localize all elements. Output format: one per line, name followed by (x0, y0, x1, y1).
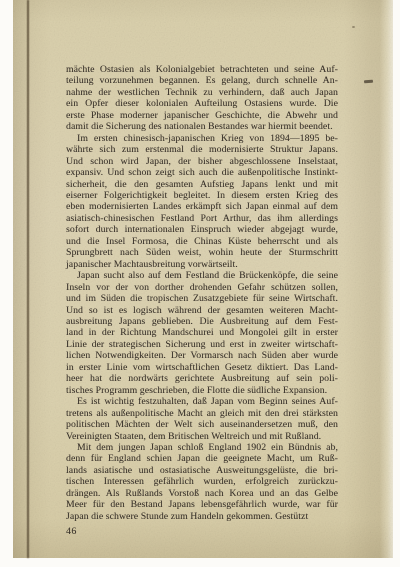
book-page-paper: mächte Ostasien als Kolonialgebiet betra… (13, 0, 393, 558)
page-number: 46 (66, 526, 77, 537)
text-line: ausbreitung Japans geblieben. Die Ausbre… (66, 316, 338, 327)
text-line: lands asiatische und ostasiatische Auswe… (66, 465, 338, 476)
text-line: teilung vorzunehmen begannen. Es gelang,… (66, 75, 338, 86)
text-line: japanischer Machtausbreitung vorwärtseil… (66, 259, 338, 270)
text-line: politischen Mächten der Welt sich ausein… (66, 419, 338, 430)
paragraph: Im ersten chinesisch-japanischen Krieg v… (66, 133, 338, 270)
text-line: denn für England schien Japan die geeign… (66, 453, 338, 464)
text-line: nahme der westlichen Technik zu verhinde… (66, 87, 338, 98)
binding-edge-line (27, 0, 29, 558)
text-line: währte sich zum erstenmal die modernisie… (66, 144, 338, 155)
text-line: eben modernisierten Landes erkämpft sich… (66, 201, 338, 212)
text-line: Mit dem jungen Japan schloß England 1902… (66, 442, 338, 453)
text-line: Und so ist es logisch während der gesamt… (66, 305, 338, 316)
text-line: Linie der strategischen Sicherung und er… (66, 339, 338, 350)
text-line: Im ersten chinesisch-japanischen Krieg v… (66, 133, 338, 144)
text-line: Und schon wird Japan, der bisher abgesch… (66, 156, 338, 167)
text-line: Japan sucht also auf dem Festland die Br… (66, 270, 338, 281)
text-line: Inseln vor der von dorther drohenden Gef… (66, 282, 338, 293)
paragraph: Japan sucht also auf dem Festland die Br… (66, 270, 338, 396)
text-line: und die Insel Formosa, die Chinas Küste … (66, 236, 338, 247)
text-line: Sprungbrett nach Süden weist, wohin heut… (66, 247, 338, 258)
text-line: sofort durch internationalen Einspruch w… (66, 224, 338, 235)
text-line: damit die Sicherung des nationalen Besta… (66, 121, 338, 132)
text-line: mächte Ostasien als Kolonialgebiet betra… (66, 64, 338, 75)
text-line: asiatisch-chinesischen Festland Port Art… (66, 213, 338, 224)
text-line: erste Phase moderner japanischer Geschic… (66, 110, 338, 121)
paragraph: Es ist wichtig festzuhalten, daß Japan v… (66, 396, 338, 442)
text-line: lichen Notwendigkeiten. Der Vormarsch na… (66, 350, 338, 361)
text-line: Vereinigten Staaten, dem Britischen Welt… (66, 431, 338, 442)
text-line: sicherheit, die den gesamten Aufstieg Ja… (66, 179, 338, 190)
text-line: und im Süden die tropischen Zusatzgebiet… (66, 293, 338, 304)
text-line: eiserner Folgerichtigkeit begleitet. In … (66, 190, 338, 201)
ink-speck (352, 26, 355, 28)
body-text-block: mächte Ostasien als Kolonialgebiet betra… (66, 64, 338, 522)
text-line: tischen Interessen gefährlich wurden, er… (66, 476, 338, 487)
text-line: heer hat die nordwärts gerichtete Ausbre… (66, 373, 338, 384)
text-line: ein Opfer dieser kolonialen Aufteilung O… (66, 98, 338, 109)
text-line: Meer für den Bestand Japans lebensgefähr… (66, 499, 338, 510)
text-line: expansiv. Und schon zeigt sich auch die … (66, 167, 338, 178)
text-line: Es ist wichtig festzuhalten, daß Japan v… (66, 396, 338, 407)
text-line: drängen. Als Rußlands Vorstoß nach Korea… (66, 488, 338, 499)
text-line: in erster Linie vom wirtschaftlichen Ges… (66, 362, 338, 373)
text-line: Japan die schwere Stunde zum Handeln gek… (66, 511, 338, 522)
text-line: land in der Richtung Mandschurei und Mon… (66, 327, 338, 338)
text-line: tisches Programm geschrieben, die Flotte… (66, 385, 338, 396)
paragraph: mächte Ostasien als Kolonialgebiet betra… (66, 64, 338, 133)
paragraph: Mit dem jungen Japan schloß England 1902… (66, 442, 338, 522)
ink-speck (364, 80, 373, 83)
scanned-book-page: mächte Ostasien als Kolonialgebiet betra… (0, 0, 400, 567)
text-line: tretens als außenpolitische Macht an gle… (66, 408, 338, 419)
